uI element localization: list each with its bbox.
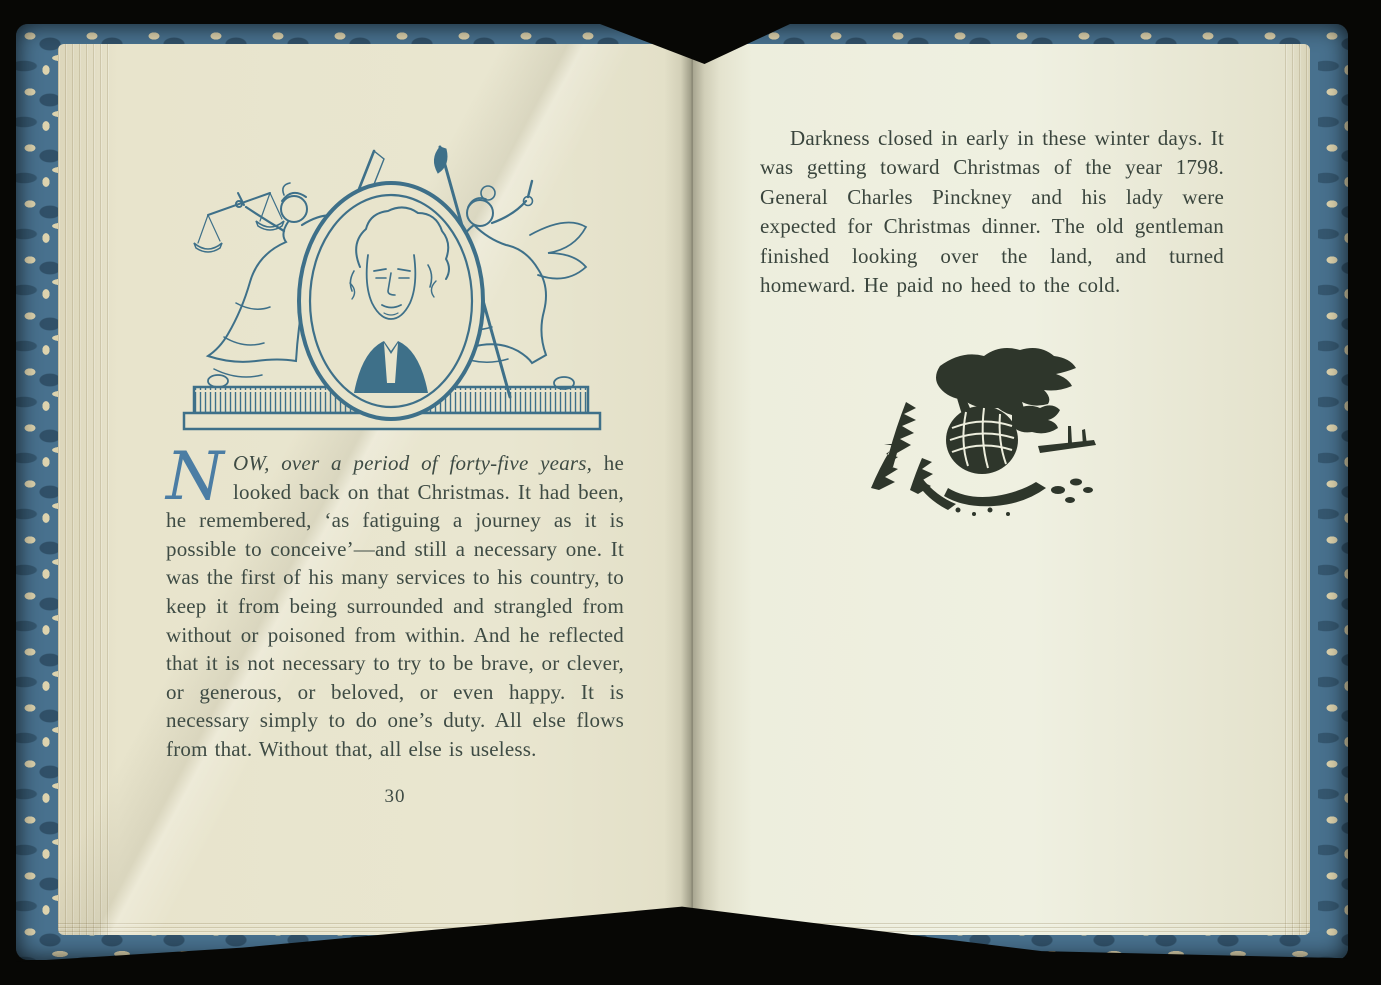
- book-spread-photo: NOW, over a period of forty-five years, …: [0, 0, 1381, 985]
- left-page-paragraph: NOW, over a period of forty-five years, …: [166, 449, 624, 764]
- washington-medallion-illustration: [178, 131, 606, 439]
- paragraph-lead-roman: he: [592, 451, 624, 475]
- paragraph-lead-italic: OW, over a period of forty-five years,: [233, 451, 592, 475]
- foliage-vignette-illustration: [862, 338, 1117, 538]
- drop-cap-letter: N: [166, 449, 233, 502]
- washington-portrait-medallion: [299, 183, 483, 419]
- page-number: 30: [166, 786, 624, 808]
- right-page-paragraph: Darkness closed in early in these winter…: [760, 124, 1224, 300]
- paragraph-body: looked back on that Christmas. It had be…: [166, 480, 624, 761]
